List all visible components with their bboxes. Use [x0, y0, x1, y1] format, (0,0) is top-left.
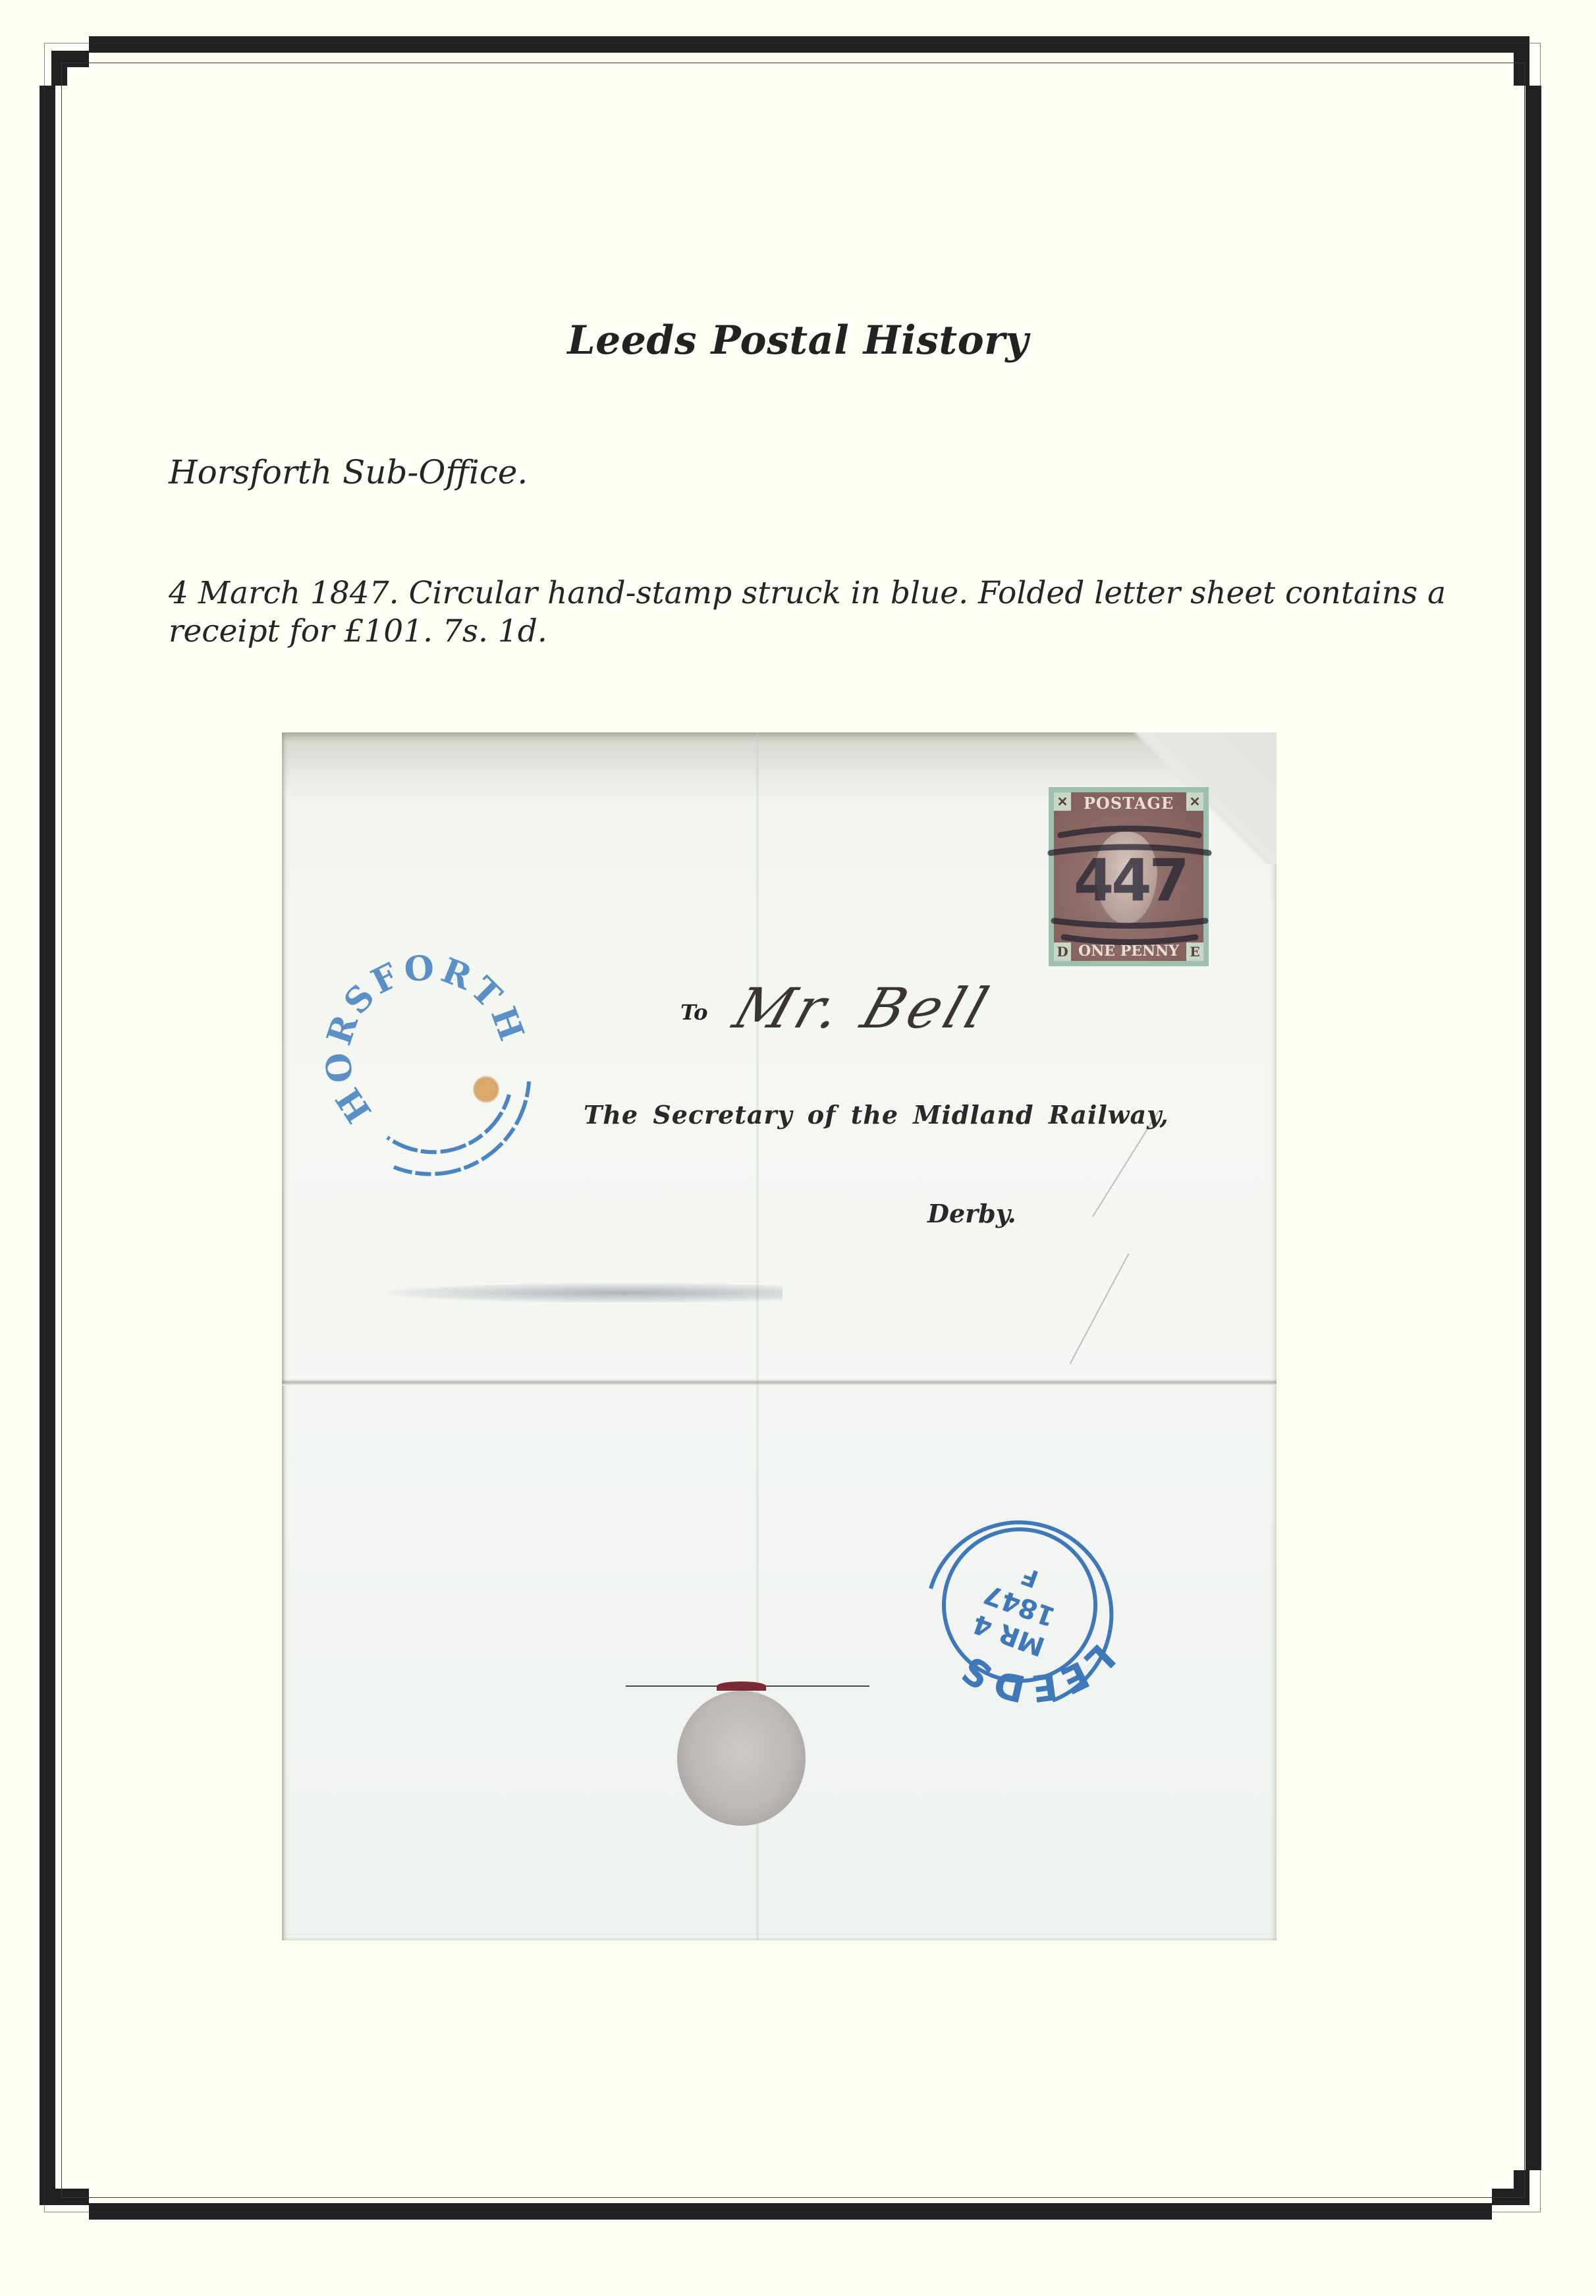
- page-title: Leeds Postal History: [0, 317, 1596, 364]
- leeds-postmark: MR 4 1847 F LEEDS: [901, 1490, 1138, 1727]
- foxing-spot: [473, 1076, 499, 1103]
- postmark-circle-icon: HORSFORTH: [325, 970, 562, 1207]
- section-subtitle: Horsforth Sub-Office.: [169, 453, 528, 491]
- penny-red-stamp: ✕ ✕ POSTAGE D E ONE PENNY 447: [1049, 787, 1209, 966]
- item-description: 4 March 1847. Circular hand-stamp struck…: [169, 574, 1460, 651]
- stamp-design: ✕ ✕ POSTAGE D E ONE PENNY 447: [1054, 792, 1203, 961]
- postmark-town: HORSFORTH: [317, 948, 533, 1130]
- folded-letter-cover: ✕ ✕ POSTAGE D E ONE PENNY 447: [282, 732, 1277, 1940]
- horsforth-postmark: HORSFORTH: [325, 970, 562, 1207]
- pencil-mark: [1070, 1253, 1130, 1365]
- address-to-label: To: [680, 1000, 707, 1025]
- wax-remnant: [717, 1681, 766, 1691]
- address-city: Derby.: [927, 1199, 1016, 1228]
- ink-smudge: [387, 1283, 783, 1303]
- postmark-circle-icon: MR 4 1847 F LEEDS: [901, 1490, 1138, 1727]
- horizontal-fold: [282, 1379, 1277, 1386]
- addressee-handwritten: Mr. Bell: [726, 976, 999, 1041]
- wax-seal-icon: [677, 1691, 806, 1826]
- stamp-top-legend: POSTAGE: [1054, 794, 1203, 813]
- cancel-number: 447: [1074, 846, 1187, 914]
- svg-text:HORSFORTH: HORSFORTH: [317, 948, 533, 1130]
- address-line: The Secretary of the Midland Railway,: [584, 1100, 1169, 1130]
- postmark-code: F: [1018, 1562, 1042, 1593]
